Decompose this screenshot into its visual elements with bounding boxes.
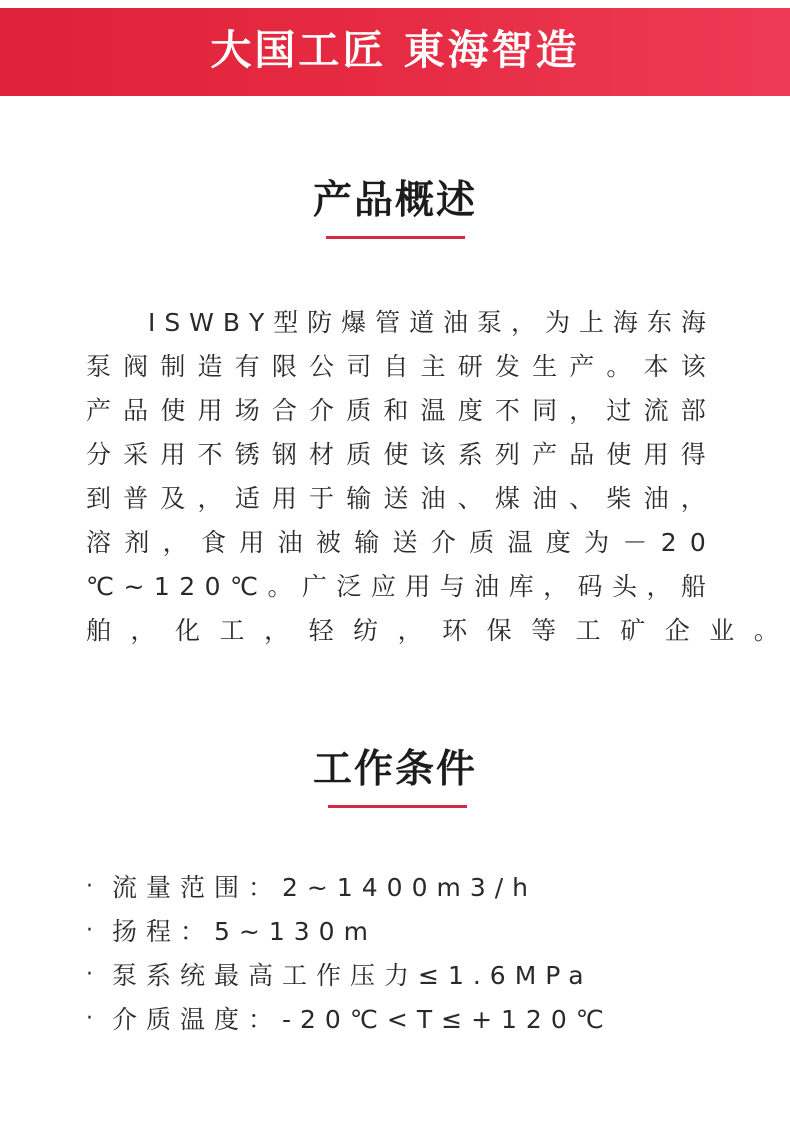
paragraph-char: 1	[154, 569, 170, 613]
paragraph-char: 得	[681, 437, 706, 481]
paragraph-char: 流	[644, 393, 669, 437]
conditions-heading-underline	[328, 805, 467, 808]
paragraph-char: 送	[393, 525, 418, 569]
paragraph-char: 分	[86, 437, 111, 481]
paragraph-char: 介	[431, 525, 456, 569]
paragraph-char: 度	[458, 393, 483, 437]
paragraph-char: 使	[160, 393, 185, 437]
paragraph-char: 2	[179, 569, 195, 613]
paragraph-char: 海	[681, 305, 706, 349]
paragraph-char: 管	[375, 305, 400, 349]
paragraph-char: 0	[690, 525, 706, 569]
paragraph-char: 本	[644, 349, 669, 393]
paragraph-line: 到普及，适用于输送油、煤油、柴油，	[86, 481, 706, 525]
paragraph-char: 为	[584, 525, 609, 569]
paragraph-line: 舶，化工，轻纺，环保等工矿企业。	[86, 613, 706, 657]
paragraph-line: 溶剂，食用油被输送介质温度为－20	[86, 525, 706, 569]
paragraph-char: 质	[469, 525, 494, 569]
paragraph-char: 输	[354, 525, 379, 569]
list-item-head: · 扬程：5~130m	[84, 908, 704, 952]
paragraph-char: I	[148, 305, 155, 349]
paragraph-char: 介	[309, 393, 334, 437]
paragraph-char: 泵	[86, 349, 111, 393]
bullet-icon: ·	[84, 1006, 112, 1031]
overview-heading: 产品概述	[0, 181, 790, 220]
paragraph-char: 自	[383, 349, 408, 393]
paragraph-char: 钢	[272, 437, 297, 481]
conditions-list: · 流量范围：2~1400m3/h · 扬程：5~130m · 泵系统最高工作压…	[84, 864, 704, 1040]
paragraph-char: ~	[124, 569, 145, 613]
paragraph-char: ，	[681, 481, 706, 525]
paragraph-char: 送	[383, 481, 408, 525]
paragraph-char: ，	[511, 305, 536, 349]
paragraph-char: 。	[606, 349, 631, 393]
paragraph-line: 分采用不锈钢材质使该系列产品使用得	[86, 437, 706, 481]
paragraph-char: 被	[316, 525, 341, 569]
paragraph-char: 煤	[495, 481, 520, 525]
paragraph-char: 列	[495, 437, 520, 481]
paragraph-char: 爆	[341, 305, 366, 349]
paragraph-char: 品	[569, 437, 594, 481]
paragraph-char: 泛	[336, 569, 361, 613]
paragraph-char: 纺	[353, 613, 378, 657]
paragraph-char: 溶	[86, 525, 111, 569]
paragraph-char: B	[223, 305, 240, 349]
paragraph-line: 泵阀制造有限公司自主研发生产。本该	[86, 349, 706, 393]
paragraph-char: 油	[278, 525, 303, 569]
paragraph-char: 产	[569, 349, 594, 393]
paragraph-char: ，	[543, 569, 568, 613]
paragraph-char: ，	[646, 569, 671, 613]
paragraph-char: 生	[532, 349, 557, 393]
paragraph-char: 用	[644, 437, 669, 481]
paragraph-char: 制	[160, 349, 185, 393]
paragraph-char: 应	[371, 569, 396, 613]
banner-title: 大国工匠 東海智造	[210, 30, 579, 71]
paragraph-char: 研	[458, 349, 483, 393]
paragraph-char: 不	[495, 393, 520, 437]
paragraph-char: 该	[681, 349, 706, 393]
paragraph-char: 型	[273, 305, 298, 349]
paragraph-char: 质	[346, 393, 371, 437]
paragraph-char: 用	[239, 525, 264, 569]
paragraph-char: 和	[383, 393, 408, 437]
paragraph-char: 过	[606, 393, 631, 437]
paragraph-char: 适	[235, 481, 260, 525]
paragraph-char: 产	[532, 437, 557, 481]
paragraph-char: 有	[235, 349, 260, 393]
paragraph-char: 司	[346, 349, 371, 393]
overview-paragraph: ISWBY型防爆管道油泵，为上海东海 泵阀制造有限公司自主研发生产。本该 产品使…	[86, 305, 706, 657]
paragraph-char: 度	[546, 525, 571, 569]
list-item-medium-temperature: · 介质温度：-20℃<T≤+120℃	[84, 996, 704, 1040]
paragraph-char: 锈	[235, 437, 260, 481]
paragraph-char: 防	[307, 305, 332, 349]
paragraph-char: 轻	[309, 613, 334, 657]
paragraph-char: 油	[421, 481, 446, 525]
paragraph-char: 合	[272, 393, 297, 437]
paragraph-char: 保	[487, 613, 512, 657]
paragraph-char: 与	[440, 569, 465, 613]
paragraph-char: 部	[681, 393, 706, 437]
paragraph-char: 质	[346, 437, 371, 481]
paragraph-char: S	[164, 305, 180, 349]
paragraph-char: ，	[398, 613, 423, 657]
paragraph-char: ，	[198, 481, 223, 525]
list-item-text: 扬程：5~130m	[112, 912, 377, 948]
paragraph-char: 用	[198, 393, 223, 437]
paragraph-line: 产品使用场合介质和温度不同，过流部	[86, 393, 706, 437]
paragraph-char: 品	[123, 393, 148, 437]
paragraph-char: 不	[198, 437, 223, 481]
paragraph-char: 0	[205, 569, 221, 613]
paragraph-char: 工	[576, 613, 601, 657]
paragraph-char: 海	[613, 305, 638, 349]
paragraph-char: 到	[86, 481, 111, 525]
paragraph-char: 2	[661, 525, 677, 569]
paragraph-char: 产	[86, 393, 111, 437]
paragraph-char: 头	[612, 569, 637, 613]
paragraph-char: 发	[495, 349, 520, 393]
paragraph-char: 。	[267, 569, 292, 613]
paragraph-char: 用	[272, 481, 297, 525]
paragraph-char: 造	[198, 349, 223, 393]
paragraph-char: 系	[458, 437, 483, 481]
paragraph-char: 柴	[606, 481, 631, 525]
paragraph-char: 及	[160, 481, 185, 525]
paragraph-char: 舶	[86, 613, 111, 657]
list-item-text: 泵系统最高工作压力≤1.6MPa	[112, 956, 593, 992]
paragraph-char: 油	[474, 569, 499, 613]
bullet-icon: ·	[84, 962, 112, 987]
paragraph-char: 主	[421, 349, 446, 393]
paragraph-char: 、	[458, 481, 483, 525]
paragraph-char: ℃	[86, 569, 114, 613]
paragraph-char: 环	[442, 613, 467, 657]
list-item-text: 流量范围：2~1400m3/h	[112, 868, 537, 904]
paragraph-char: 化	[175, 613, 200, 657]
paragraph-char: 同	[532, 393, 557, 437]
paragraph-char: 东	[647, 305, 672, 349]
paragraph-char: 场	[235, 393, 260, 437]
paragraph-char: ，	[163, 525, 188, 569]
paragraph-char: ，	[131, 613, 156, 657]
header-banner: 大国工匠 東海智造	[0, 8, 790, 96]
paragraph-char: 材	[309, 437, 334, 481]
paragraph-char: 为	[545, 305, 570, 349]
paragraph-char: 于	[309, 481, 334, 525]
paragraph-char: 用	[405, 569, 430, 613]
overview-heading-underline	[326, 236, 465, 239]
paragraph-char: 船	[681, 569, 706, 613]
bullet-icon: ·	[84, 918, 112, 943]
list-item-max-pressure: · 泵系统最高工作压力≤1.6MPa	[84, 952, 704, 996]
paragraph-char: 油	[644, 481, 669, 525]
paragraph-char: Y	[249, 305, 264, 349]
list-item-text: 介质温度：-20℃<T≤+120℃	[112, 1000, 613, 1036]
paragraph-char: 广	[302, 569, 327, 613]
paragraph-char: ，	[569, 393, 594, 437]
paragraph-char: 食	[201, 525, 226, 569]
paragraph-char: 道	[409, 305, 434, 349]
bullet-icon: ·	[84, 874, 112, 899]
paragraph-char: W	[189, 305, 214, 349]
paragraph-char: 上	[579, 305, 604, 349]
paragraph-char: 温	[507, 525, 532, 569]
paragraph-char: 阀	[123, 349, 148, 393]
paragraph-char: 业	[709, 613, 734, 657]
paragraph-char: 工	[220, 613, 245, 657]
paragraph-char: 等	[531, 613, 556, 657]
paragraph-char: 限	[272, 349, 297, 393]
paragraph-char: 该	[421, 437, 446, 481]
paragraph-char: 使	[383, 437, 408, 481]
paragraph-char: 普	[123, 481, 148, 525]
paragraph-char: 。	[754, 613, 779, 657]
paragraph-line: ISWBY型防爆管道油泵，为上海东海	[86, 305, 706, 349]
paragraph-char: 企	[665, 613, 690, 657]
paragraph-char: 采	[123, 437, 148, 481]
list-item-flow-range: · 流量范围：2~1400m3/h	[84, 864, 704, 908]
paragraph-char: 油	[532, 481, 557, 525]
paragraph-line: ℃~120℃。广泛应用与油库，码头，船	[86, 569, 706, 613]
paragraph-char: 用	[160, 437, 185, 481]
paragraph-char: 码	[578, 569, 603, 613]
paragraph-char: ℃	[230, 569, 258, 613]
paragraph-char: 使	[606, 437, 631, 481]
paragraph-char: －	[622, 525, 647, 569]
paragraph-char: 剂	[124, 525, 149, 569]
paragraph-char: 温	[421, 393, 446, 437]
paragraph-char: 泵	[477, 305, 502, 349]
paragraph-char: 输	[346, 481, 371, 525]
paragraph-char: 、	[569, 481, 594, 525]
paragraph-char: 库	[509, 569, 534, 613]
paragraph-char: 矿	[620, 613, 645, 657]
paragraph-char: 公	[309, 349, 334, 393]
paragraph-char: 油	[443, 305, 468, 349]
conditions-heading: 工作条件	[0, 750, 790, 789]
paragraph-char: ，	[264, 613, 289, 657]
